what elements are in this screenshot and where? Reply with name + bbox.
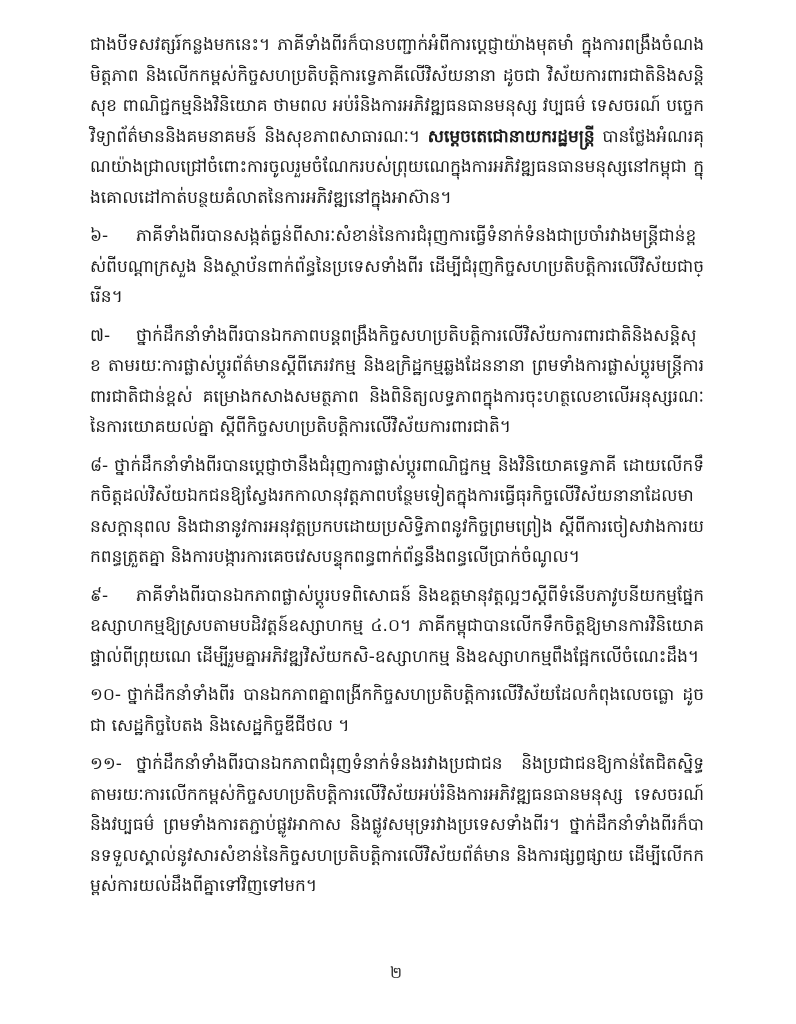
- paragraph-8: ៨-ថ្នាក់ដឹកនាំទាំងពីរបានប្តេជ្ញាថានឹងជំរ…: [90, 451, 704, 573]
- paragraph-number: ១០-: [90, 680, 121, 711]
- paragraph-intro: ជាងបីទសវត្សរ៍កន្លងមកនេះ។ ភាគីទាំងពីរក៏បា…: [90, 30, 704, 213]
- paragraph-number: ១១-: [90, 749, 136, 780]
- paragraph-6: ៦-ភាគីទាំងពីរបានសង្កត់ធ្ងន់ពីសារៈសំខាន់ន…: [90, 221, 704, 313]
- paragraph-number: ៨-: [90, 451, 108, 482]
- paragraph-text: ថ្នាក់ដឹកនាំទាំងពីរបានឯកភាពជំរុញទំនាក់ទំ…: [90, 754, 704, 896]
- paragraph-text: ថ្នាក់ដឹកនាំទាំងពីរបានឯកភាពបន្តពង្រឹងកិច…: [90, 326, 704, 438]
- paragraph-text: ថ្នាក់ដឹកនាំទាំងពីរបានប្តេជ្ញាថានឹងជំរុញ…: [90, 456, 704, 568]
- paragraph-11: ១១-ថ្នាក់ដឹកនាំទាំងពីរបានឯកភាពជំរុញទំនាក…: [90, 749, 704, 902]
- paragraph-text: ភាគីទាំងពីរបានសង្កត់ធ្ងន់ពីសារៈសំខាន់នៃក…: [90, 226, 704, 307]
- paragraph-text: ភាគីទាំងពីរបានឯកភាពផ្លាស់ប្តូរបទពិសោធន៍ …: [90, 586, 704, 667]
- paragraph-9: ៩-ភាគីទាំងពីរបានឯកភាពផ្លាស់ប្តូរបទពិសោធន…: [90, 581, 704, 673]
- paragraph-number: ៩-: [90, 581, 136, 612]
- paragraph-10: ១០-ថ្នាក់ដឹកនាំទាំងពីរ បានឯកភាពគ្នាពង្រី…: [90, 680, 704, 741]
- paragraph-number: ៧-: [90, 321, 136, 352]
- page-number: ២: [390, 962, 402, 986]
- paragraph-text: ថ្នាក់ដឹកនាំទាំងពីរ បានឯកភាពគ្នាពង្រីកកិ…: [90, 685, 704, 736]
- document-page: ជាងបីទសវត្សរ៍កន្លងមកនេះ។ ភាគីទាំងពីរក៏បា…: [90, 30, 704, 910]
- paragraph-7: ៧-ថ្នាក់ដឹកនាំទាំងពីរបានឯកភាពបន្តពង្រឹងក…: [90, 321, 704, 443]
- prime-minister-title: សម្តេចតេជោនាយករដ្ឋមន្ត្រី: [428, 127, 595, 147]
- paragraph-number: ៦-: [90, 221, 136, 252]
